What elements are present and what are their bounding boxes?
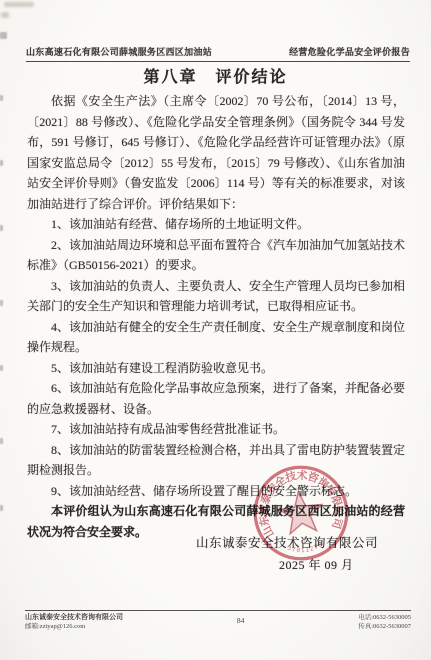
signature-date: 2025 年 09 月 xyxy=(279,556,354,573)
scan-artifact xyxy=(0,95,3,101)
scan-artifact xyxy=(0,505,3,511)
scan-artifact xyxy=(0,160,3,166)
scan-artifact xyxy=(4,2,34,7)
scan-artifact xyxy=(0,32,7,39)
intro-paragraph: 依据《安全生产法》（主席令〔2002〕70 号公布，〔2014〕13 号，〔20… xyxy=(27,91,405,214)
page-number: 84 xyxy=(237,613,245,625)
footer-company: 山东诚泰安全技术咨询有限公司 xyxy=(25,613,123,622)
scan-artifact xyxy=(0,225,3,231)
finding-item: 8、该加油站的防雷装置经检测合格，并出具了雷电防护装置装置定期检测报告。 xyxy=(27,440,405,481)
finding-item: 6、该加油站有危险化学品事故应急预案，进行了备案，并配备必要的应急救援器材、设备… xyxy=(27,378,405,419)
scan-artifact xyxy=(0,300,3,306)
footer-left: 山东诚泰安全技术咨询有限公司 邮箱:zztyap@126.com xyxy=(25,613,123,631)
footer-right: 电话:0632-5630005 传真:0632-5630007 xyxy=(358,613,411,631)
finding-item: 5、该加油站有建设工程消防验收意见书。 xyxy=(27,358,405,379)
document-page: 山东高速石化有限公司薛城服务区西区加油站 经营危险化学品安全评价报告 第八章 评… xyxy=(0,0,431,660)
header-left-title: 山东高速石化有限公司薛城服务区西区加油站 xyxy=(26,45,212,58)
footer-email: 邮箱:zztyap@126.com xyxy=(25,622,123,631)
chapter-title: 第八章 评价结论 xyxy=(0,64,431,87)
scan-artifact xyxy=(0,365,3,371)
page-header: 山东高速石化有限公司薛城服务区西区加油站 经营危险化学品安全评价报告 xyxy=(26,45,410,62)
scan-artifact xyxy=(0,438,3,444)
scan-artifact xyxy=(1,12,9,18)
footer-phone: 电话:0632-5630005 xyxy=(358,613,411,622)
finding-item: 3、该加油站的负责人、主要负责人、安全生产管理人员均已参加相关部门的安全生产知识… xyxy=(27,276,405,317)
signature-company: 山东诚泰安全技术咨询有限公司 xyxy=(196,533,378,551)
finding-item: 1、该加油站有经营、储存场所的土地证明文件。 xyxy=(27,214,405,235)
finding-item: 9、该加油站经营、储存场所设置了醒目的安全警示标志。 xyxy=(27,481,405,502)
footer-fax: 传真:0632-5630007 xyxy=(358,622,411,631)
header-right-title: 经营危险化学品安全评价报告 xyxy=(289,45,410,58)
page-footer: 山东诚泰安全技术咨询有限公司 邮箱:zztyap@126.com 84 电话:0… xyxy=(25,610,411,631)
finding-item: 2、该加油站周边环境和总平面布置符合《汽车加油加气加氢站技术标准》（GB5015… xyxy=(27,235,405,276)
finding-item: 4、该加油站有健全的安全生产责任制度、安全生产规章制度和岗位操作规程。 xyxy=(27,317,405,358)
finding-item: 7、该加油站持有成品油零售经营批准证书。 xyxy=(27,419,405,440)
body-text: 依据《安全生产法》（主席令〔2002〕70 号公布，〔2014〕13 号，〔20… xyxy=(27,91,405,542)
